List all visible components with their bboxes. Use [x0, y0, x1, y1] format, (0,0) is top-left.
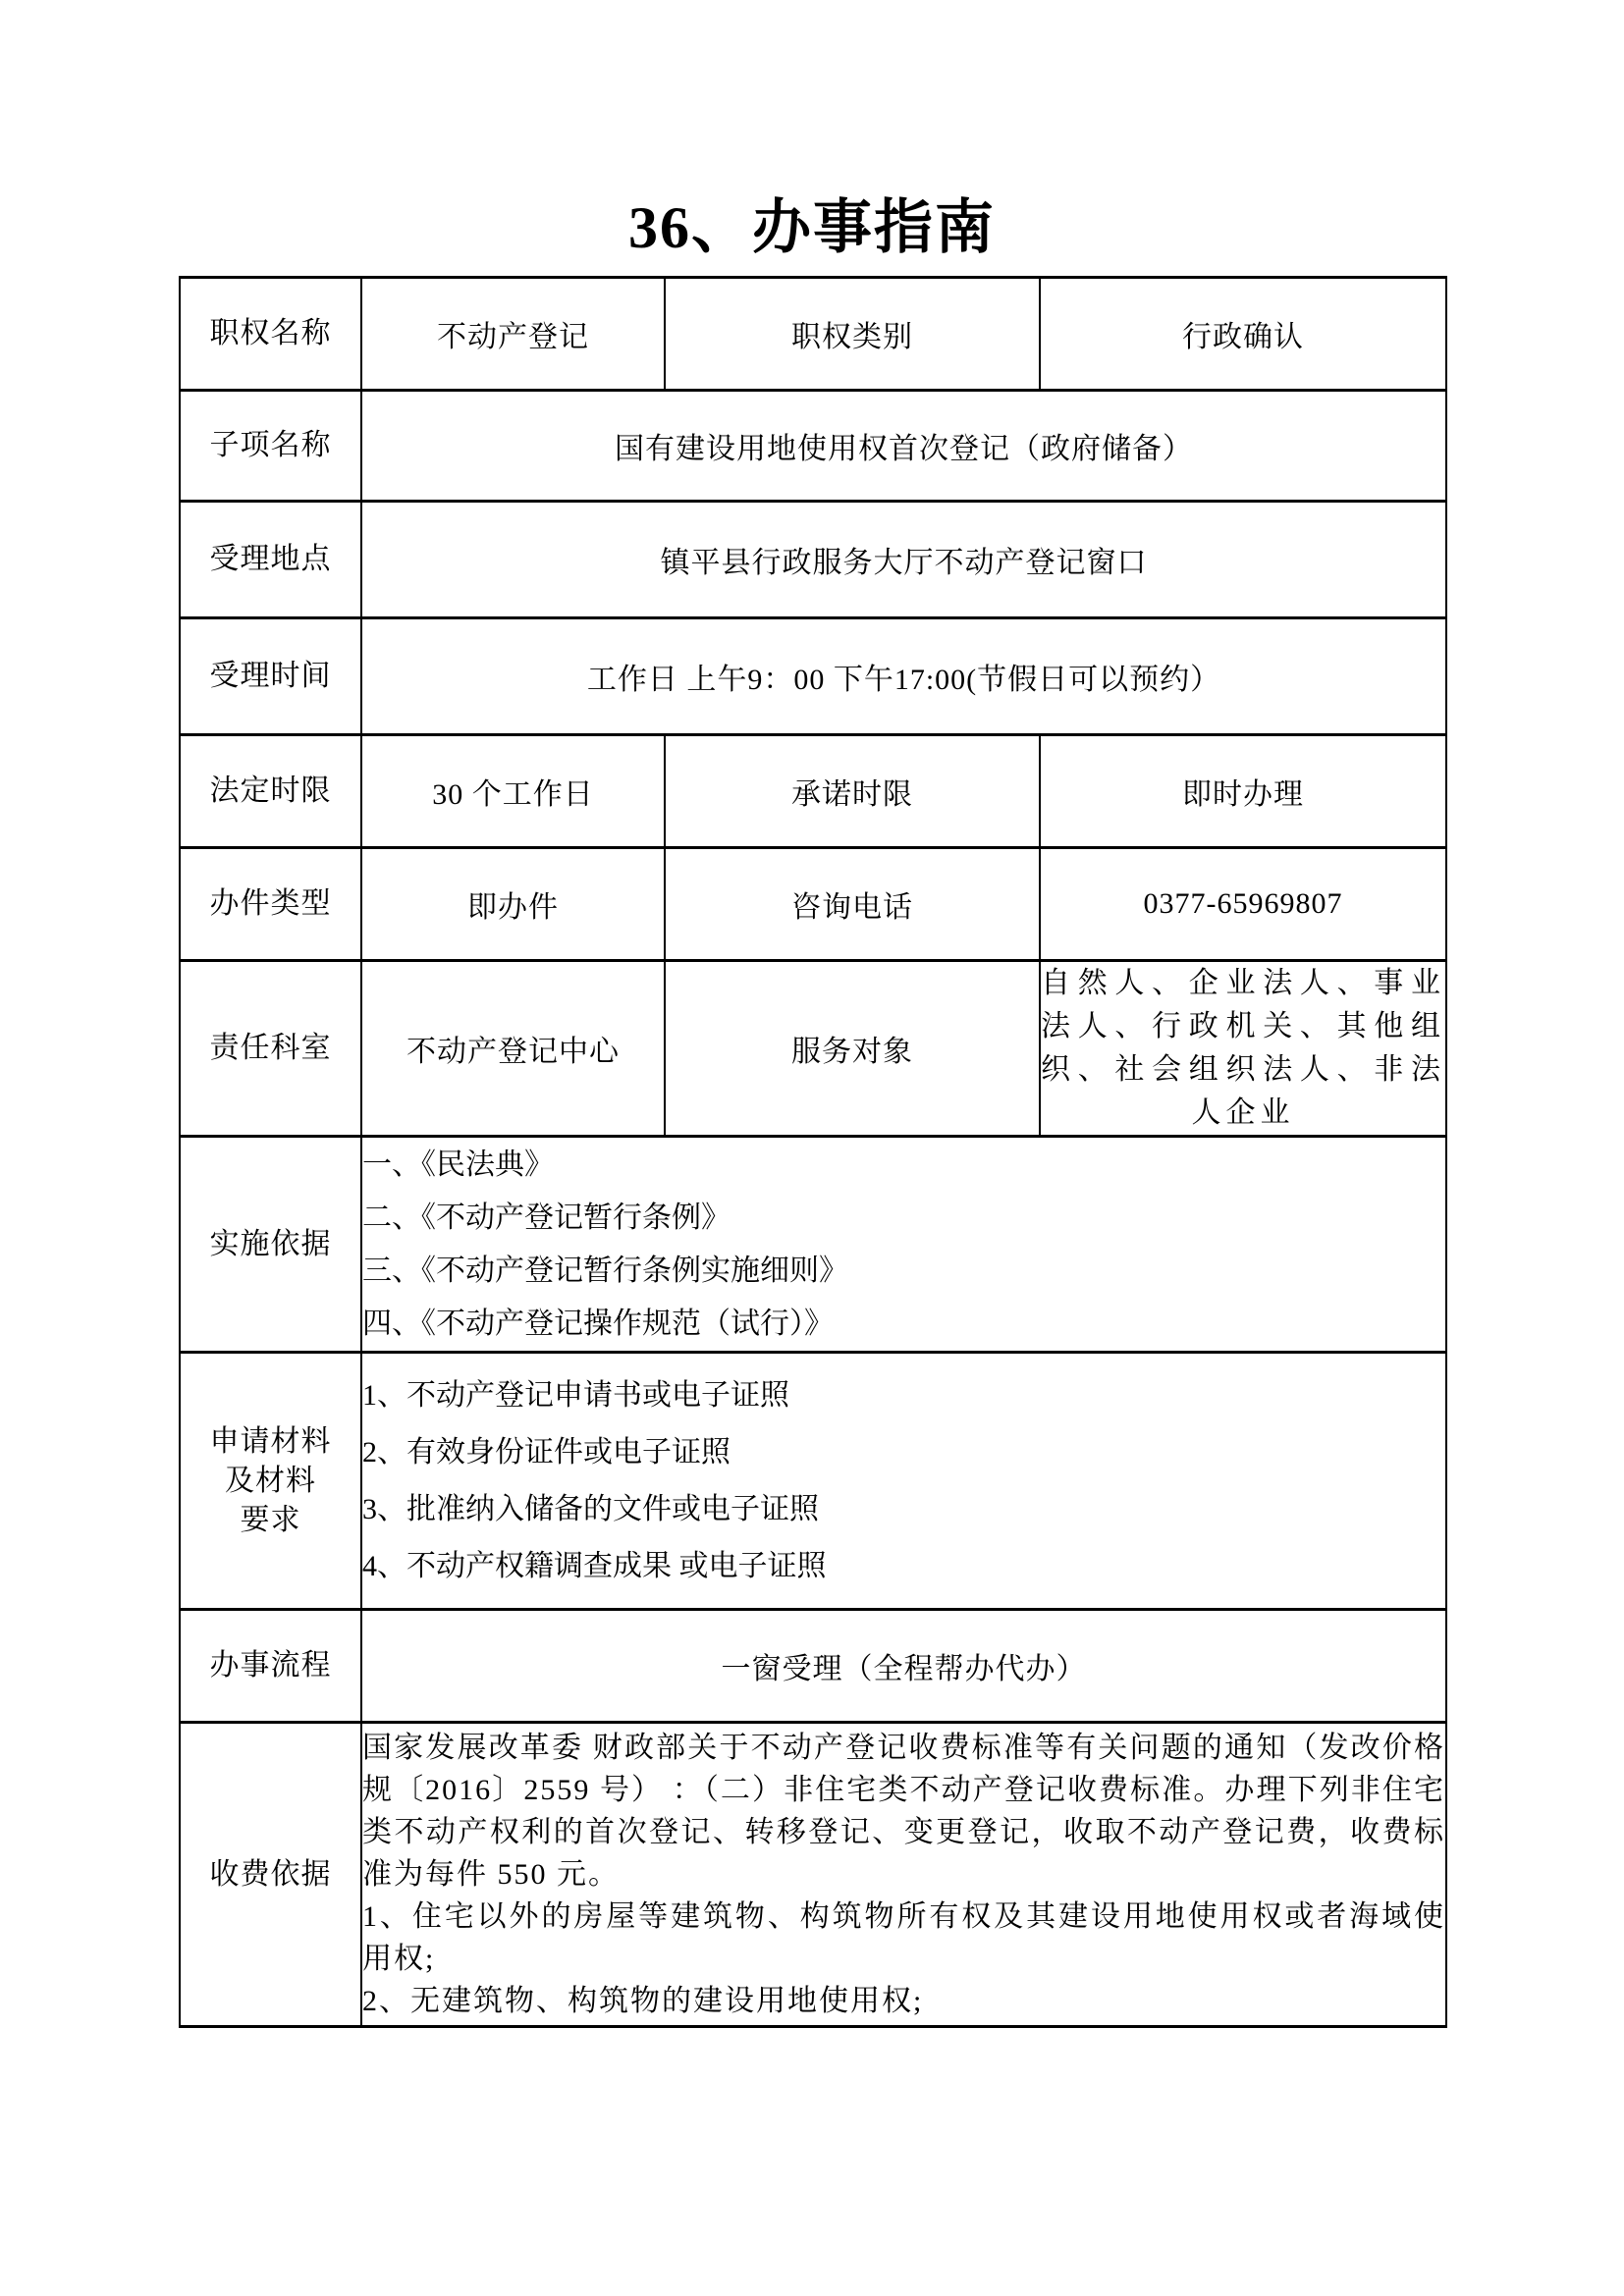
value-accept-location: 镇平县行政服务大厅不动产登记窗口: [361, 502, 1446, 618]
label-process: 办事流程: [180, 1610, 361, 1723]
label-authority-type: 职权类别: [665, 278, 1040, 391]
value-accept-time: 工作日 上午9：00 下午17:00(节假日可以预约）: [361, 618, 1446, 735]
document-page: 36、办事指南 职权名称 不动产登记 职权类别 行政确认 子项名称 国有建设用地…: [0, 0, 1624, 2296]
value-inquiry-phone: 0377-65969807: [1040, 848, 1446, 961]
table-row-authority: 职权名称 不动产登记 职权类别 行政确认: [180, 278, 1446, 391]
label-legal-basis: 实施依据: [180, 1137, 361, 1353]
table-row-subitem: 子项名称 国有建设用地使用权首次登记（政府储备）: [180, 391, 1446, 502]
value-case-type: 即办件: [361, 848, 665, 961]
table-row-time-limit: 法定时限 30 个工作日 承诺时限 即时办理: [180, 735, 1446, 848]
value-subitem-name: 国有建设用地使用权首次登记（政府储备）: [361, 391, 1446, 502]
label-accept-location: 受理地点: [180, 502, 361, 618]
table-row-case-type: 办件类型 即办件 咨询电话 0377-65969807: [180, 848, 1446, 961]
table-row-fee-basis: 收费依据 国家发展改革委 财政部关于不动产登记收费标准等有关问题的通知（发改价格…: [180, 1723, 1446, 2027]
value-application-materials-list: 1、不动产登记申请书或电子证照2、有效身份证件或电子证照3、批准纳入储备的文件或…: [361, 1353, 1446, 1610]
label-service-target: 服务对象: [665, 961, 1040, 1137]
table-row-department: 责任科室 不动产登记中心 服务对象 自然人、企业法人、事业法人、行政机关、其他组…: [180, 961, 1446, 1137]
value-promise-limit: 即时办理: [1040, 735, 1446, 848]
value-authority-type: 行政确认: [1040, 278, 1446, 391]
table-row-process: 办事流程 一窗受理（全程帮办代办）: [180, 1610, 1446, 1723]
table-row-time: 受理时间 工作日 上午9：00 下午17:00(节假日可以预约）: [180, 618, 1446, 735]
page-title: 36、办事指南: [0, 194, 1624, 262]
service-guide-table: 职权名称 不动产登记 职权类别 行政确认 子项名称 国有建设用地使用权首次登记（…: [179, 276, 1447, 2028]
label-statutory-limit: 法定时限: [180, 735, 361, 848]
value-responsible-dept: 不动产登记中心: [361, 961, 665, 1137]
label-subitem-name: 子项名称: [180, 391, 361, 502]
label-inquiry-phone: 咨询电话: [665, 848, 1040, 961]
table-row-materials: 申请材料及材料要求 1、不动产登记申请书或电子证照2、有效身份证件或电子证照3、…: [180, 1353, 1446, 1610]
label-accept-time: 受理时间: [180, 618, 361, 735]
label-responsible-dept: 责任科室: [180, 961, 361, 1137]
label-case-type: 办件类型: [180, 848, 361, 961]
value-service-target: 自然人、企业法人、事业法人、行政机关、其他组织、社会组织法人、非法人企业: [1040, 961, 1446, 1137]
label-promise-limit: 承诺时限: [665, 735, 1040, 848]
label-fee-basis: 收费依据: [180, 1723, 361, 2027]
value-statutory-limit: 30 个工作日: [361, 735, 665, 848]
label-authority-name: 职权名称: [180, 278, 361, 391]
value-fee-basis-paragraphs: 国家发展改革委 财政部关于不动产登记收费标准等有关问题的通知（发改价格规〔201…: [361, 1723, 1446, 2027]
value-legal-basis-list: 一、《民法典》二、《不动产登记暂行条例》三、《不动产登记暂行条例实施细则》四、《…: [361, 1137, 1446, 1353]
table-row-legal-basis: 实施依据 一、《民法典》二、《不动产登记暂行条例》三、《不动产登记暂行条例实施细…: [180, 1137, 1446, 1353]
value-authority-name: 不动产登记: [361, 278, 665, 391]
value-process: 一窗受理（全程帮办代办）: [361, 1610, 1446, 1723]
table-row-location: 受理地点 镇平县行政服务大厅不动产登记窗口: [180, 502, 1446, 618]
label-application-materials: 申请材料及材料要求: [180, 1353, 361, 1610]
